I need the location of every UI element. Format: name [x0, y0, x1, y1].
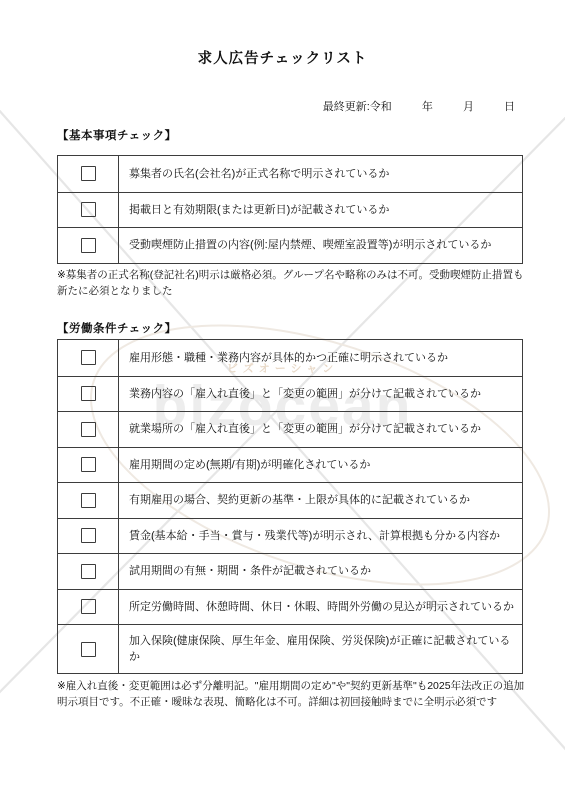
- basic-check-table: 募集者の氏名(会社名)が正式名称で明示されているか 掲載日と有効期限(または更新…: [57, 155, 523, 264]
- checklist-item-text: 雇用形態・職種・業務内容が具体的かつ正確に明示されているか: [119, 348, 522, 369]
- checklist-row: 賃金(基本給・手当・賞与・残業代等)が明示され、計算根拠も分かる内容か: [58, 518, 522, 554]
- document-page: 求人広告チェックリスト 最終更新:令和 年 月 日 【基本事項チェック】 募集者…: [0, 0, 565, 800]
- checklist-row: 雇用期間の定め(無期/有期)が明確化されているか: [58, 447, 522, 483]
- checkbox[interactable]: [81, 528, 96, 543]
- checklist-item-text: 掲載日と有効期限(または更新日)が記載されているか: [119, 200, 522, 221]
- checklist-item-text: 就業場所の「雇入れ直後」と「変更の範囲」が分けて記載されているか: [119, 419, 522, 440]
- checklist-item-text: 雇用期間の定め(無期/有期)が明確化されているか: [119, 455, 522, 476]
- checklist-row: 募集者の氏名(会社名)が正式名称で明示されているか: [58, 156, 522, 192]
- checkbox[interactable]: [81, 457, 96, 472]
- checkbox-cell: [58, 156, 119, 192]
- checkbox[interactable]: [81, 422, 96, 437]
- checklist-item-text: 業務内容の「雇入れ直後」と「変更の範囲」が分けて記載されているか: [119, 384, 522, 405]
- checkbox-cell: [58, 519, 119, 554]
- checklist-row: 有期雇用の場合、契約更新の基準・上限が具体的に記載されているか: [58, 482, 522, 518]
- era-year-label: 年: [422, 101, 433, 113]
- checkbox-cell: [58, 340, 119, 376]
- checkbox[interactable]: [81, 166, 96, 181]
- checklist-row: 雇用形態・職種・業務内容が具体的かつ正確に明示されているか: [58, 340, 522, 376]
- checklist-row: 受動喫煙防止措置の内容(例:屋内禁煙、喫煙室設置等)が明示されているか: [58, 227, 522, 263]
- checkbox-cell: [58, 590, 119, 625]
- section-heading-labor: 【労働条件チェック】: [57, 320, 177, 336]
- checklist-row: 加入保険(健康保険、厚生年金、雇用保険、労災保険)が正確に記載されているか: [58, 624, 522, 673]
- checklist-item-text: 受動喫煙防止措置の内容(例:屋内禁煙、喫煙室設置等)が明示されているか: [119, 235, 522, 256]
- labor-check-note: ※雇入れ直後・変更範囲は必ず分離明記。"雇用期間の定め"や"契約更新基準"も20…: [57, 679, 529, 711]
- basic-check-note: ※募集者の正式名称(登記社名)明示は厳格必須。グループ名や略称のみは不可。受動喫…: [57, 268, 529, 300]
- checkbox[interactable]: [81, 564, 96, 579]
- page-title: 求人広告チェックリスト: [0, 47, 565, 68]
- checkbox-cell: [58, 412, 119, 447]
- checkbox-cell: [58, 483, 119, 518]
- checkbox[interactable]: [81, 386, 96, 401]
- labor-check-table: 雇用形態・職種・業務内容が具体的かつ正確に明示されているか 業務内容の「雇入れ直…: [57, 339, 523, 674]
- checkbox-cell: [58, 448, 119, 483]
- checklist-row: 掲載日と有効期限(または更新日)が記載されているか: [58, 192, 522, 228]
- checkbox-cell: [58, 554, 119, 589]
- checkbox[interactable]: [81, 599, 96, 614]
- checklist-item-text: 募集者の氏名(会社名)が正式名称で明示されているか: [119, 164, 522, 185]
- checkbox[interactable]: [81, 238, 96, 253]
- checkbox[interactable]: [81, 202, 96, 217]
- day-label: 日: [504, 101, 515, 113]
- checklist-item-text: 所定労働時間、休憩時間、休日・休暇、時間外労働の見込が明示されているか: [119, 597, 522, 618]
- checkbox[interactable]: [81, 642, 96, 657]
- checkbox[interactable]: [81, 350, 96, 365]
- checklist-item-text: 有期雇用の場合、契約更新の基準・上限が具体的に記載されているか: [119, 490, 522, 511]
- last-updated-line: 最終更新:令和 年 月 日: [323, 98, 515, 114]
- checklist-item-text: 試用期間の有無・期間・条件が記載されているか: [119, 561, 522, 582]
- checkbox-cell: [58, 228, 119, 263]
- checklist-row: 業務内容の「雇入れ直後」と「変更の範囲」が分けて記載されているか: [58, 376, 522, 412]
- section-heading-basic: 【基本事項チェック】: [57, 127, 177, 143]
- checklist-row: 所定労働時間、休憩時間、休日・休暇、時間外労働の見込が明示されているか: [58, 589, 522, 625]
- checklist-row: 試用期間の有無・期間・条件が記載されているか: [58, 553, 522, 589]
- checklist-item-text: 加入保険(健康保険、厚生年金、雇用保険、労災保険)が正確に記載されているか: [119, 631, 522, 668]
- last-updated-prefix: 最終更新:令和: [323, 101, 392, 113]
- checkbox[interactable]: [81, 493, 96, 508]
- checkbox-cell: [58, 193, 119, 228]
- month-label: 月: [463, 101, 474, 113]
- checkbox-cell: [58, 625, 119, 673]
- checkbox-cell: [58, 377, 119, 412]
- checklist-item-text: 賃金(基本給・手当・賞与・残業代等)が明示され、計算根拠も分かる内容か: [119, 526, 522, 547]
- checklist-row: 就業場所の「雇入れ直後」と「変更の範囲」が分けて記載されているか: [58, 411, 522, 447]
